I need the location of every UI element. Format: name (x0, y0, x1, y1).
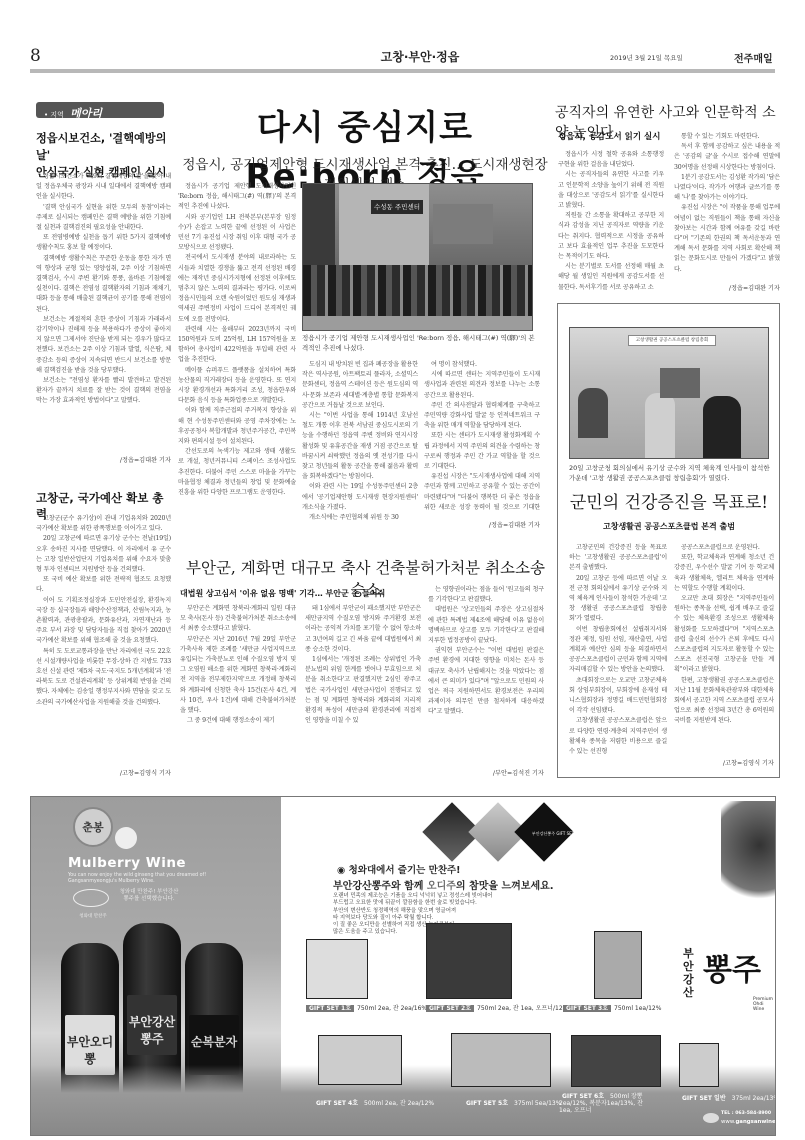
brand-vertical: 부안강산 (683, 947, 697, 999)
mascot-icon (115, 827, 137, 849)
ad-headline-2: 부안강산뽕주와 함께 오디주의 참맛을 느껴보세요. (333, 877, 554, 892)
photo-sign: 수성동 주민센터 (371, 200, 423, 214)
gift-set-3-box (594, 931, 642, 999)
mulberry-fruit-image (721, 801, 776, 911)
sports-subheadline: 고창생활권 공공스포츠클럽 본격 출범 (560, 521, 778, 532)
building-window (303, 184, 335, 274)
sports-col2: 공공스포츠클럽으로 운영된다.또한, 학교체육과 연계해 청소년 건강증진, 우… (674, 543, 774, 743)
books-col1: 정읍시가 시정 철학 공유와 소통행정 구현을 위한 걸음을 내딛었다.시는 공… (558, 150, 664, 290)
gift-set-3-caption: GIFT SET 3호750ml 1ea/12% (563, 1003, 661, 1012)
bluehouse-small-icon: ◉ (337, 865, 349, 876)
page-number: 8 (30, 46, 41, 66)
issue-date: 2019년 3월 21일 목요일 (610, 53, 683, 62)
ad-tel: TEL : 063-584-8900 (721, 1111, 771, 1116)
reborn-col3: 여 명이 참석했다.시에 따르면 센터는 지역주민들이 도시재생사업과 관련된 … (424, 360, 540, 512)
gift-set-regular-box (679, 1043, 719, 1087)
books-byline: /정읍=김대완 기자 (674, 283, 780, 292)
ad-headline-1: ◉ 청와대에서 즐기는 만찬주! (337, 862, 461, 876)
buan-col1: 부안군은 계화면 창북리·계화리 일원 대규모 축사(돈사 등) 건축불허가처분… (180, 604, 296, 776)
reborn-photo: 수성동 주민센터 (302, 183, 533, 331)
gift-set-1-caption: GIFT SET 1호750ml 2ea, 잔 2ea/16% (306, 1003, 427, 1012)
reborn-photo-caption: 정읍시가 공기업 제안형 도시재생사업인 'Re:born 정읍, 해시태그(#… (302, 333, 540, 353)
brand-big: 뽕주 (703, 945, 761, 989)
buan-subheadline: 대법원 상고심서 '이유 없음 명백' 기각… 부안군 손 들어줘 (180, 588, 430, 599)
ad-brand-title: Mulberry Wine (68, 855, 186, 871)
buan-col2: 돼 1심에서 부안군이 패소했지만 부안군은 새만금지역 수질오염 방지와 주거… (305, 604, 421, 776)
bluehouse-emblem-icon (73, 889, 109, 907)
header-rule (30, 69, 775, 73)
sports-photo: 고창생활권 공공스포츠클럽 창립총회 (569, 327, 769, 459)
photo-banner: 고창생활권 공공스포츠클럽 창립총회 (628, 335, 716, 346)
books-col2: 통할 수 있는 기회도 마련한다.독서 후 함께 공감하고 싶은 내용을 적은 … (674, 132, 780, 278)
bluehouse-caption: 청와대 만찬주 (68, 913, 118, 919)
gift-set-4-box (318, 1035, 402, 1085)
region-echo-label: • 지역 메아리 (36, 102, 164, 118)
sports-byline: /고창=김영식 기자 (674, 758, 774, 767)
buan-col3: 는 영향권이라는 점을 들어 '원고들의 청구를 기각한다'고 판결했다.대법원… (428, 585, 544, 760)
gift-set-6-caption: GIFT SET 6호500ml 장뽕2ea/12%, 복분자1ea/13%, … (559, 1093, 654, 1114)
gift-set-regular-caption: GIFT SET 일반375ml 2ea/13% (679, 1093, 776, 1102)
newspaper-name: 전주매일 (734, 50, 773, 65)
books-subheadline: 정읍시, 공감도서 읽기 실시 (558, 130, 668, 142)
company-logo-icon (703, 1113, 719, 1123)
ad-brand-tagline: You can now enjoy the wild ginseng that … (68, 873, 248, 885)
tb-article-byline: /정읍=김대완 기자 (36, 455, 171, 464)
sports-headline: 군민의 건강증진을 목표로! (560, 488, 778, 513)
reborn-byline: /정읍=김대완 기자 (424, 520, 540, 529)
bullet-icon: • (44, 111, 48, 119)
section-title: 고창·부안·정읍 (350, 48, 490, 65)
tb-article-body: 정읍시보건소가 '제9회 결핵예방의 날'을 맞아 내일 정읍우체국 광장과 시… (36, 172, 171, 448)
gift-set-1-box (306, 939, 368, 999)
reborn-col1: 정읍시가 공기업 제안형 도시재생사업인 'Re:born 정읍, 해시태그(#… (178, 182, 296, 534)
buan-byline: /부안=김석진 기자 (428, 768, 544, 777)
mulberry-wine-ad: 춘봉 Mulberry Wine You can now enjoy the w… (30, 796, 776, 1136)
sports-col1: 고창군민의 건강증진 등을 목표로 하는 '고창생활권 공공스포츠클럽'이 본격… (569, 543, 667, 773)
gift-set-5-caption: GIFT SET 5호375ml 5ea/13% (463, 1098, 561, 1107)
gift-set-4-caption: GIFT SET 4호500ml 2ea, 잔 2ea/12% (313, 1098, 434, 1107)
sports-photo-caption: 20일 고창군청 회의실에서 유기상 군수와 지역 체육계 인사들이 참석한 가… (569, 463, 774, 483)
premium-text: Premium Ohdi Wine (753, 997, 775, 1012)
budget-article-byline: /고창=김영식 기자 (36, 768, 171, 777)
gift-set-diamond-label: 부안강산뽕주 GIFT SET (524, 831, 582, 837)
reborn-col2: 도심지 내 방치된 빈 집과 폐공장을 활용한 작은 역사공원, 아트팩토리 플… (302, 360, 418, 532)
ad-website[interactable]: www.gangsanwine.com (721, 1119, 776, 1125)
budget-article-body: 고창군(군수 유기상)이 관내 기업유치와 2020년 국가예산 확보를 위한 … (36, 514, 171, 764)
gift-set-2-box (426, 923, 512, 999)
bluehouse-text: 청와대 만찬주! 부안강산뽕주를 선택했습니다. (119, 889, 179, 903)
gift-set-5-box (451, 1033, 551, 1087)
gift-set-6-box (571, 1035, 661, 1087)
chunbong-logo: 춘봉 (73, 807, 113, 847)
gift-set-2-caption: GIFT SET 2호750ml 2ea, 잔 1ea, 오프너/12% (426, 1003, 568, 1012)
